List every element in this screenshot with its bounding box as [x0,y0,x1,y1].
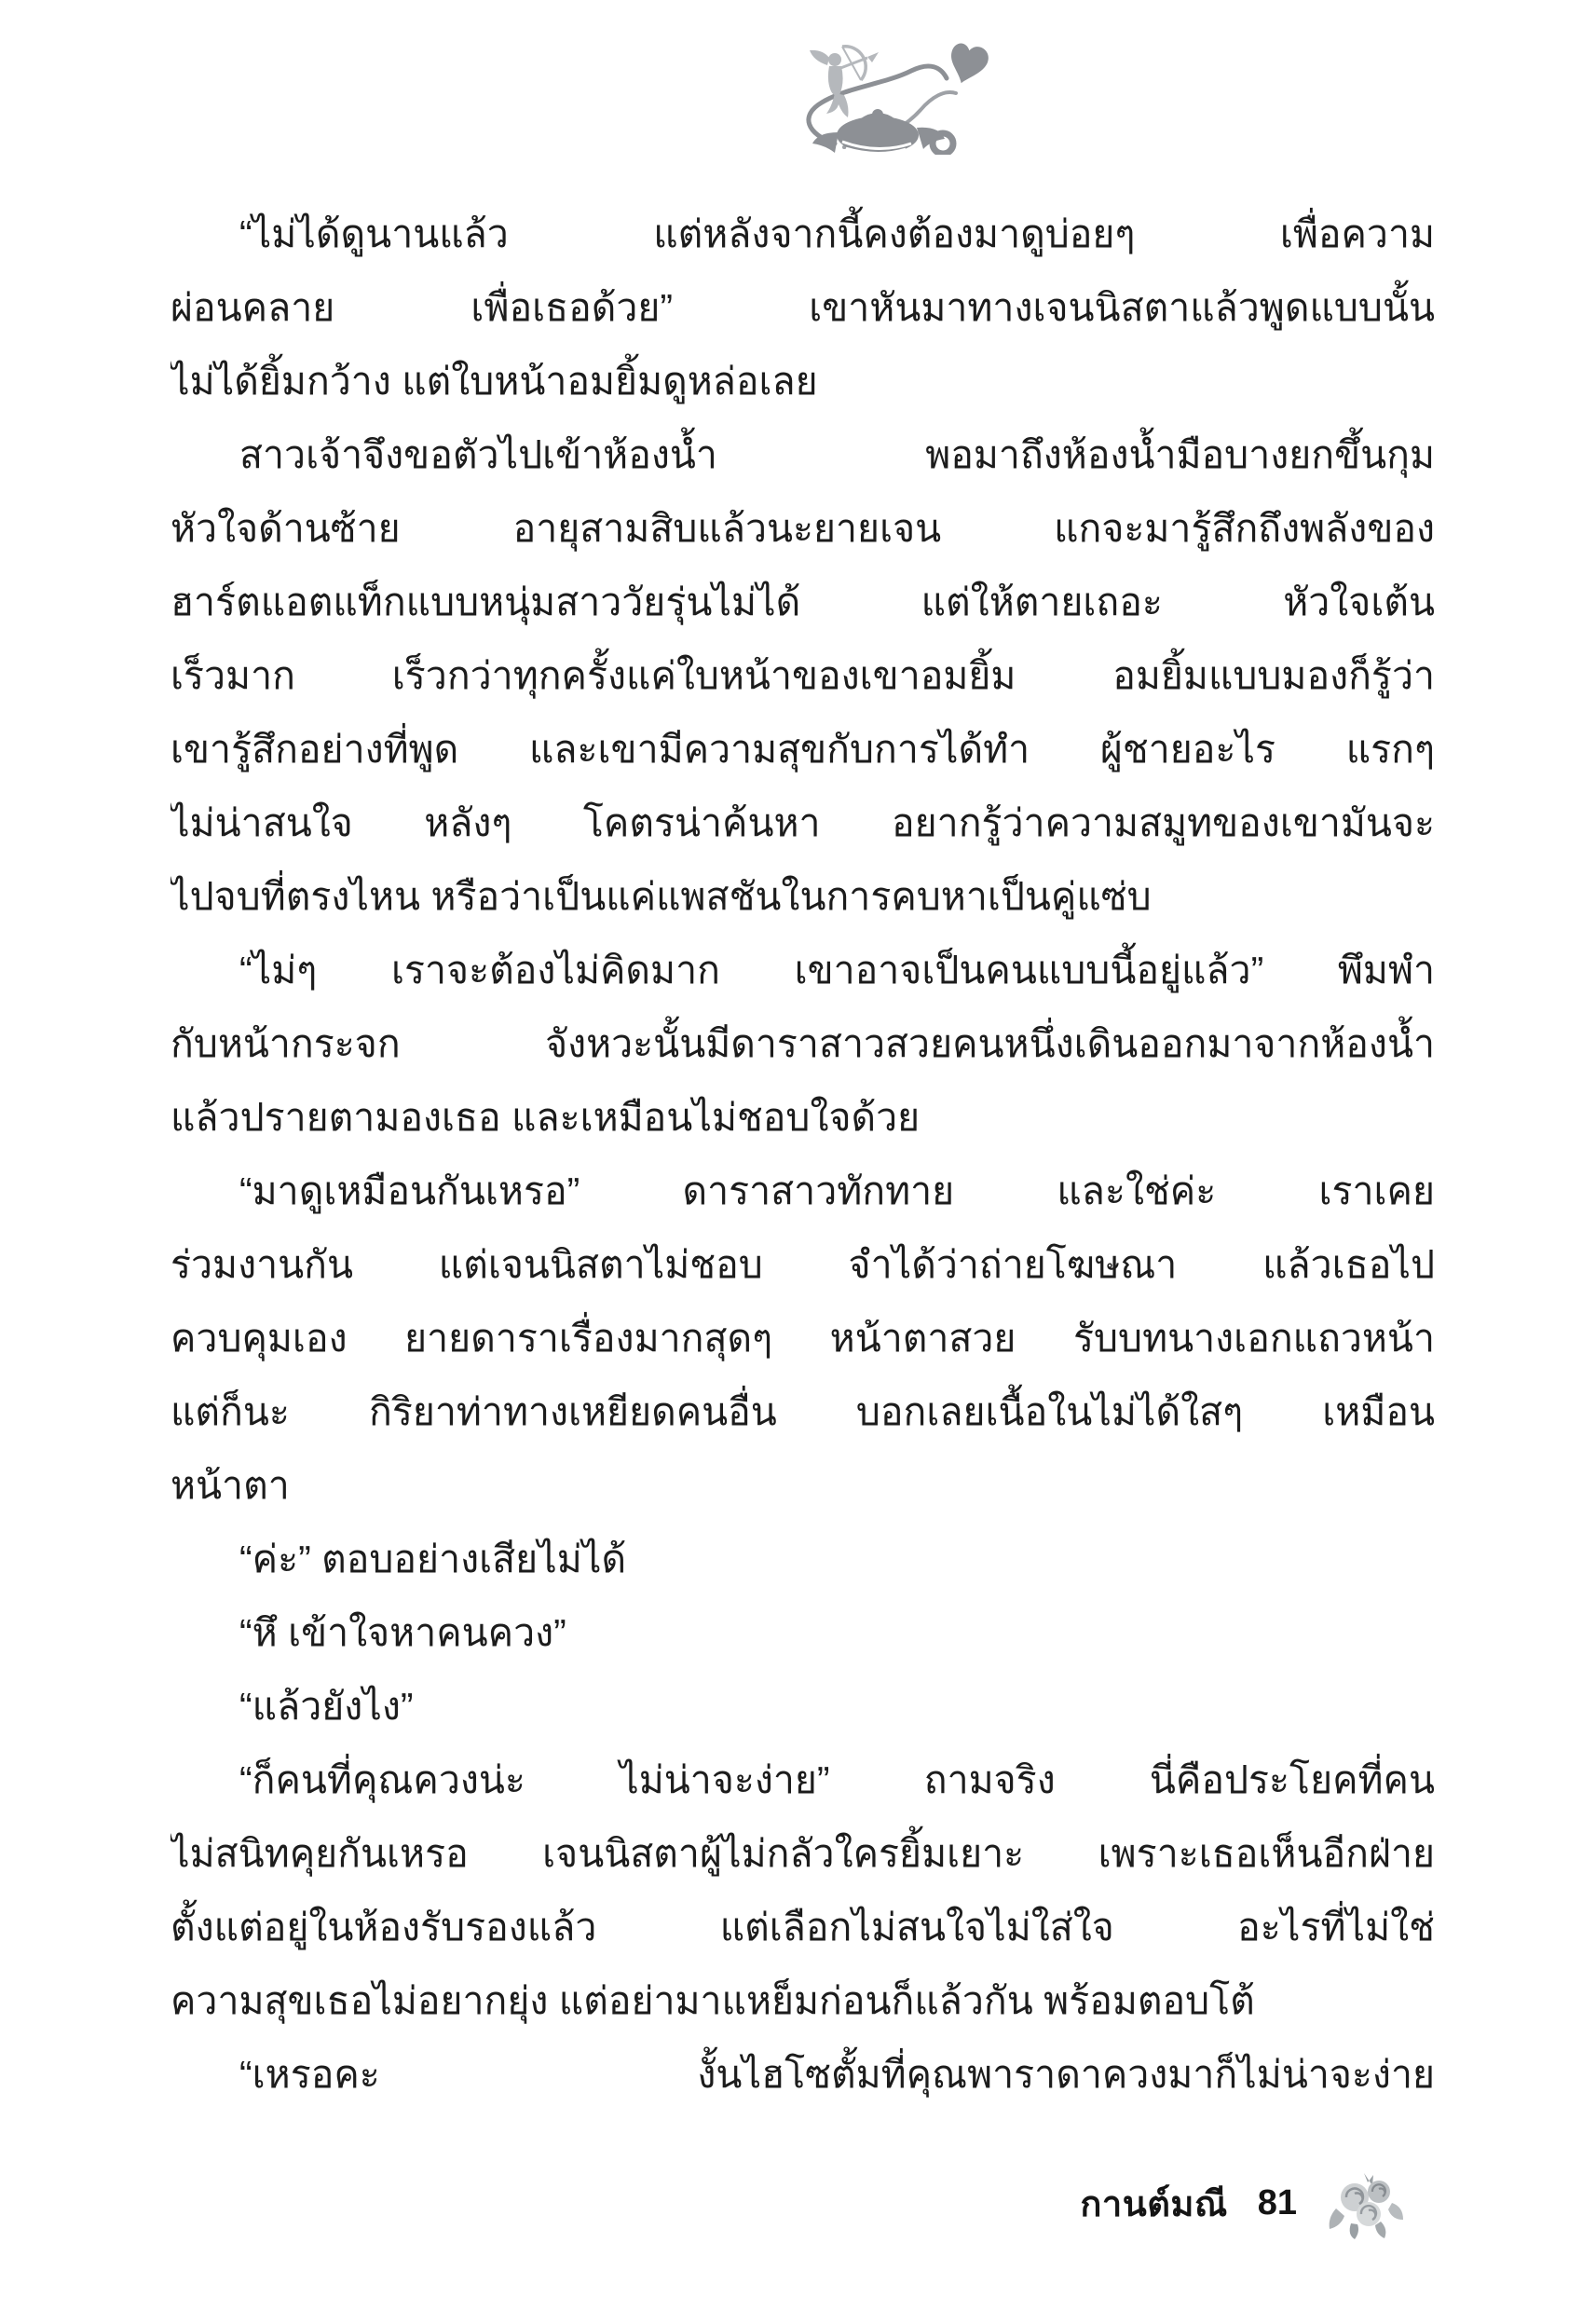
body-line: แต่ก็นะ กิริยาท่าทางเหยียดคนอื่น บอกเลยเ… [171,1375,1435,1449]
book-page: “ไม่ได้ดูนานแล้ว แต่หลังจากนี้คงต้องมาดู… [0,0,1596,2311]
body-line: ผ่อนคลาย เพื่อเธอด้วย” เขาหันมาทางเจนนิส… [171,271,1435,345]
body-line: สาวเจ้าจึงขอตัวไปเข้าห้องน้ำ พอมาถึงห้อง… [171,418,1435,492]
body-line: ความสุขเธอไม่อยากยุ่ง แต่อย่ามาแหย็มก่อน… [171,1964,1435,2038]
body-line: “ค่ะ” ตอบอย่างเสียไม่ได้ [171,1523,1435,1596]
body-line: เร็วมาก เร็วกว่าทุกครั้งแค่ใบหน้าของเขาอ… [171,639,1435,713]
body-line: ไปจบที่ตรงไหน หรือว่าเป็นแค่แพสชันในการค… [171,860,1435,934]
body-line: “ก็คนที่คุณควงน่ะ ไม่น่าจะง่าย” ถามจริง … [171,1744,1435,1817]
body-line: “มาดูเหมือนกันเหรอ” ดาราสาวทักทาย และใช่… [171,1155,1435,1228]
body-text: “ไม่ได้ดูนานแล้ว แต่หลังจากนี้คงต้องมาดู… [171,198,1435,2112]
body-line: “ไม่ๆ เราจะต้องไม่คิดมาก เขาอาจเป็นคนแบบ… [171,934,1435,1007]
body-line: “แล้วยังไง” [171,1670,1435,1744]
body-line: ไม่น่าสนใจ หลังๆ โคตรน่าค้นหา อยากรู้ว่า… [171,786,1435,860]
author-name: กานต์มณี [1080,2175,1227,2232]
body-line: ฮาร์ตแอตแท็กแบบหนุ่มสาววัยรุ่นไม่ได้ แต่… [171,566,1435,639]
body-line: “เหรอคะ งั้นไฮโซตั้มที่คุณพาราดาควงมาก็ไ… [171,2038,1435,2112]
body-line: ไม่สนิทคุยกันเหรอ เจนนิสตาผู้ไม่กลัวใครย… [171,1817,1435,1891]
body-line: “ไม่ได้ดูนานแล้ว แต่หลังจากนี้คงต้องมาดู… [171,198,1435,271]
page-footer: กานต์มณี 81 [1080,2164,1405,2242]
body-line: ไม่ได้ยิ้มกว้าง แต่ใบหน้าอมยิ้มดูหล่อเลย [171,345,1435,418]
body-line: ควบคุมเอง ยายดาราเรื่องมากสุดๆ หน้าตาสวย… [171,1302,1435,1375]
cupid-genie-lamp-icon [745,32,1016,155]
body-line: “หึ เข้าใจหาคนควง” [171,1596,1435,1670]
flower-bouquet-icon [1327,2166,1405,2240]
page-number: 81 [1258,2183,1297,2223]
body-line: หัวใจด้านซ้าย อายุสามสิบแล้วนะยายเจน แกจ… [171,492,1435,566]
body-line: หน้าตา [171,1449,1435,1523]
body-line: แล้วปรายตามองเธอ และเหมือนไม่ชอบใจด้วย [171,1081,1435,1155]
body-line: กับหน้ากระจก จังหวะนั้นมีดาราสาวสวยคนหนึ… [171,1007,1435,1081]
body-line: ร่วมงานกัน แต่เจนนิสตาไม่ชอบ จำได้ว่าถ่า… [171,1228,1435,1302]
body-line: ตั้งแต่อยู่ในห้องรับรองแล้ว แต่เลือกไม่ส… [171,1891,1435,1964]
body-line: เขารู้สึกอย่างที่พูด และเขามีความสุขกับก… [171,713,1435,786]
